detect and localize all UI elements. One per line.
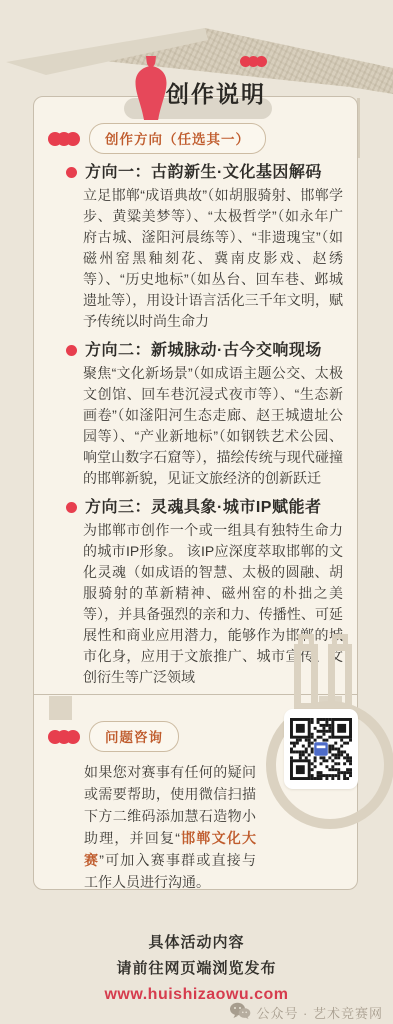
bullet-icon	[66, 502, 77, 513]
section-heading: 方向二：新城脉动·古今交响现场	[50, 340, 341, 361]
vase-icon	[134, 56, 168, 125]
vessel-handle-left	[294, 644, 318, 710]
divider-leg-left	[49, 696, 72, 720]
footer: 具体活动内容 请前往网页端浏览发布 www.huishizaowu.com	[0, 930, 393, 1004]
wechat-account-label: 公众号 · 艺术竞赛网	[256, 1003, 383, 1022]
section-heading: 方向一：古韵新生·文化基因解码	[50, 162, 341, 183]
direction-badge: 创作方向（任选其一）	[89, 123, 266, 154]
question-text: 如果您对赛事有任何的疑问或需要帮助，使用微信扫描下方二维码添加慧石造物小助理，并…	[84, 761, 256, 893]
qr-code[interactable]	[284, 709, 358, 789]
section-body: 聚焦“文化新场景”（如成语主题公交、太极文创馆、回车巷沉浸式夜市等）、“生态新画…	[83, 363, 343, 489]
triple-dots-icon	[53, 132, 80, 146]
question-badge: 问题咨询	[89, 721, 179, 752]
page-title: 创作说明	[166, 76, 266, 109]
triple-dots-icon	[53, 730, 80, 744]
direction-badge-row: 创作方向（任选其一）	[53, 123, 341, 154]
triple-dots-icon	[243, 56, 267, 67]
wechat-account-row: 公众号 · 艺术竞赛网	[229, 1002, 383, 1023]
section-heading-text: 方向三：灵魂具象·城市IP赋能者	[85, 497, 321, 518]
section-heading-text: 方向二：新城脉动·古今交响现场	[85, 340, 322, 361]
question-text-after: ”可加入赛事群或直接与工作人员进行沟通。	[84, 852, 256, 890]
page-header: 创作说明	[0, 54, 393, 126]
poster-page: 创作说明 创作方向（任选其一） 方向一：古韵新生·文化基因解码 立足邯郸“成语典…	[0, 0, 393, 1024]
section-heading: 方向三：灵魂具象·城市IP赋能者	[50, 497, 341, 518]
footer-note-1: 具体活动内容	[0, 930, 393, 956]
footer-note-2: 请前往网页端浏览发布	[0, 956, 393, 982]
bullet-icon	[66, 167, 77, 178]
direction-section-2: 方向二：新城脉动·古今交响现场 聚焦“文化新场景”（如成语主题公交、太极文创馆、…	[50, 340, 341, 489]
creation-card: 创作方向（任选其一） 方向一：古韵新生·文化基因解码 立足邯郸“成语典故”（如胡…	[33, 96, 358, 890]
wechat-icon	[229, 1002, 251, 1023]
section-body: 立足邯郸“成语典故”（如胡服骑射、邯郸学步、黄粱美梦等）、“太极哲学”（如永年广…	[83, 185, 343, 332]
direction-section-1: 方向一：古韵新生·文化基因解码 立足邯郸“成语典故”（如胡服骑射、邯郸学步、黄粱…	[50, 162, 341, 332]
bullet-icon	[66, 345, 77, 356]
section-heading-text: 方向一：古韵新生·文化基因解码	[85, 162, 322, 183]
